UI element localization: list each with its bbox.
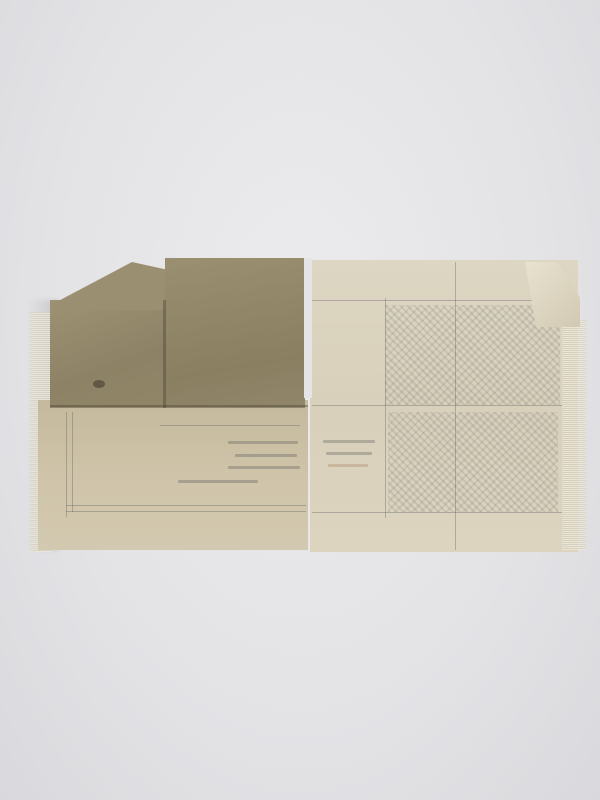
frame-line xyxy=(312,300,562,301)
mirrored-text-line xyxy=(228,466,300,469)
frame-line xyxy=(455,262,456,550)
mirrored-text-line xyxy=(228,441,298,444)
mirrored-text-line xyxy=(235,454,297,457)
frame-line xyxy=(312,512,562,513)
right-frayed-edge xyxy=(562,320,586,550)
left-lower-text-panel xyxy=(38,400,308,550)
engraved-illustration-bottom xyxy=(388,412,558,512)
left-folded-flap xyxy=(50,300,165,408)
mirrored-text-line xyxy=(178,480,258,483)
frame-line xyxy=(66,511,306,512)
frame-line xyxy=(66,412,67,517)
frame-line xyxy=(160,425,300,426)
frame-line xyxy=(72,412,73,512)
ink-blot xyxy=(93,380,105,388)
frame-line xyxy=(385,298,386,518)
mirrored-text-line xyxy=(326,452,372,455)
engraved-illustration-top xyxy=(385,305,560,405)
mirrored-text-line xyxy=(328,464,368,467)
vertical-crease xyxy=(163,300,166,408)
frame-line xyxy=(312,405,562,406)
mirrored-text-line xyxy=(323,440,375,443)
center-tear-gap xyxy=(304,258,312,398)
center-folded-flap xyxy=(165,258,305,408)
horizontal-crease xyxy=(50,405,308,407)
frame-line xyxy=(66,505,306,506)
